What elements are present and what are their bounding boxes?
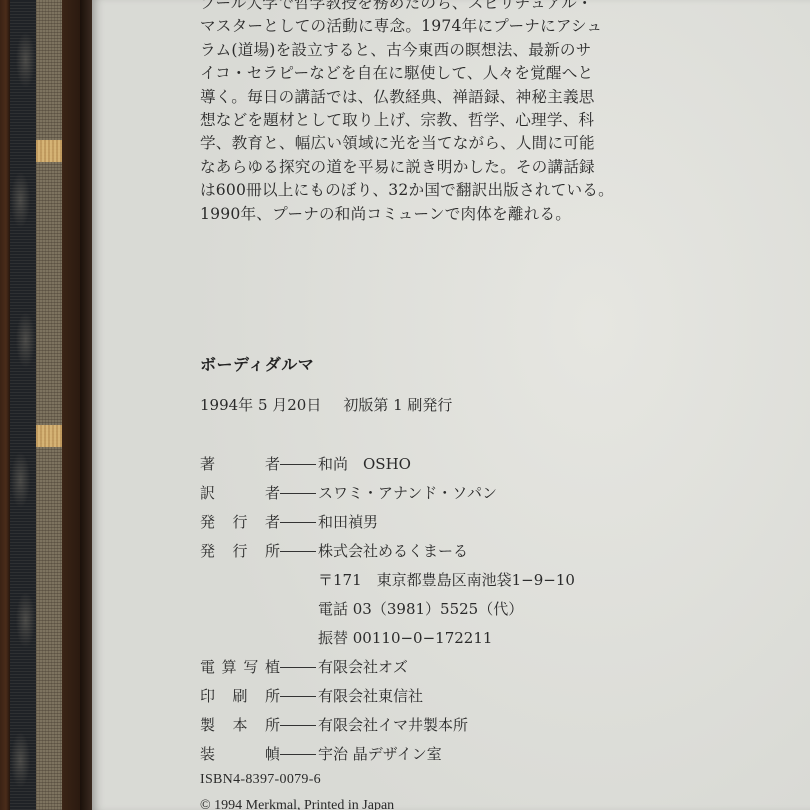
bio-line: 1990年、プーナの和尚コミューンで肉体を離れる。 <box>200 203 620 226</box>
bio-line: イコ・セラピーなどを自在に駆使して、人々を覚醒へと <box>200 62 620 85</box>
publisher-address: 〒171 東京都豊島区南池袋1−9−10 <box>200 568 575 597</box>
credit-author: 著 者和尚 OSHO <box>200 452 575 481</box>
credit-publisher-person: 発 行 者和田禎男 <box>200 510 575 539</box>
bio-line: 学、教育と、幅広い領域に光を当てながら、人間に可能 <box>200 132 620 155</box>
dash-leader <box>280 493 316 494</box>
credit-value: 有限会社オズ <box>318 655 408 679</box>
photo-scene: プール大学で哲学教授を務めたのち、スピリチュアル・ マスターとしての活動に専念。… <box>0 0 810 810</box>
credit-role: 著 者 <box>200 452 280 476</box>
publisher-transfer-account: 振替 00110−0−172211 <box>200 626 575 655</box>
credits-list: 著 者和尚 OSHO 訳 者スワミ・アナンド・ソパン 発 行 者和田禎男 発 行… <box>200 452 575 771</box>
credit-value: 株式会社めるくまーる <box>318 539 468 563</box>
binding-gold-thread <box>36 140 62 162</box>
binding-edge <box>0 0 10 810</box>
binding-band <box>62 0 80 810</box>
credit-value: 宇治 晶デザイン室 <box>318 742 442 766</box>
isbn: ISBN4-8397-0079-6 <box>200 772 321 788</box>
credit-value: 有限会社イマ井製本所 <box>318 713 468 737</box>
credit-design: 装 幀宇治 晶デザイン室 <box>200 742 575 771</box>
publisher-phone: 電話 03（3981）5525（代） <box>200 597 575 626</box>
dash-leader <box>280 667 316 668</box>
bio-line: ラム(道場)を設立すると、古今東西の瞑想法、最新のサ <box>200 39 620 62</box>
dash-leader <box>280 464 316 465</box>
book-binding <box>0 0 92 810</box>
credit-role: 訳 者 <box>200 481 280 505</box>
binding-gold-thread <box>36 425 62 447</box>
credit-translator: 訳 者スワミ・アナンド・ソパン <box>200 481 575 510</box>
binding-fabric-weave <box>36 0 62 810</box>
dash-leader <box>280 696 316 697</box>
credit-binder: 製 本 所有限会社イマ井製本所 <box>200 713 575 742</box>
bio-line: なあらゆる探究の道を平易に説き明かした。その講話録 <box>200 156 620 179</box>
dash-leader <box>280 754 316 755</box>
bio-line: マスターとしての活動に専念。1974年にプーナにアシュ <box>200 15 620 38</box>
bio-line: プール大学で哲学教授を務めたのち、スピリチュアル・ <box>200 0 620 15</box>
edition-line: 1994年 5 月20日初版第 1 刷発行 <box>200 394 452 415</box>
bio-line: 想などを題材として取り上げ、宗教、哲学、心理学、科 <box>200 109 620 132</box>
credit-value: 和田禎男 <box>318 510 378 534</box>
credit-printer: 印 刷 所有限会社東信社 <box>200 684 575 713</box>
dash-leader <box>280 522 316 523</box>
credit-value: 有限会社東信社 <box>318 684 423 708</box>
page-gutter-shadow <box>80 0 92 810</box>
publication-date: 1994年 5 月20日 <box>200 396 321 414</box>
dash-leader <box>280 551 316 552</box>
author-biography: プール大学で哲学教授を務めたのち、スピリチュアル・ マスターとしての活動に専念。… <box>200 0 620 226</box>
dash-leader <box>280 725 316 726</box>
credit-value: 和尚 OSHO <box>318 452 411 476</box>
binding-fabric-pattern <box>10 0 36 810</box>
credit-typesetting: 電算写植有限会社オズ <box>200 655 575 684</box>
credit-publisher-company: 発 行 所株式会社めるくまーる <box>200 539 575 568</box>
bio-line: 導く。毎日の講話では、仏教経典、禅語録、神秘主義思 <box>200 86 620 109</box>
bio-line: は600冊以上にものぼり、32か国で翻訳出版されている。 <box>200 179 620 202</box>
credit-role: 装 幀 <box>200 742 280 766</box>
credit-role: 製 本 所 <box>200 713 280 737</box>
credit-value: スワミ・アナンド・ソパン <box>318 481 497 505</box>
address-text: 〒171 東京都豊島区南池袋1−9−10 <box>318 568 575 592</box>
credit-role: 発 行 者 <box>200 510 280 534</box>
phone-text: 電話 03（3981）5525（代） <box>318 597 523 621</box>
transfer-text: 振替 00110−0−172211 <box>318 626 492 650</box>
credit-role: 電算写植 <box>200 655 280 679</box>
copyright-notice: © 1994 Merkmal, Printed in Japan <box>200 798 394 810</box>
edition-note: 初版第 1 刷発行 <box>343 396 452 414</box>
credit-role: 印 刷 所 <box>200 684 280 708</box>
colophon-page: プール大学で哲学教授を務めたのち、スピリチュアル・ マスターとしての活動に専念。… <box>92 0 810 810</box>
book-title: ボーディダルマ <box>200 352 314 375</box>
credit-role: 発 行 所 <box>200 539 280 563</box>
